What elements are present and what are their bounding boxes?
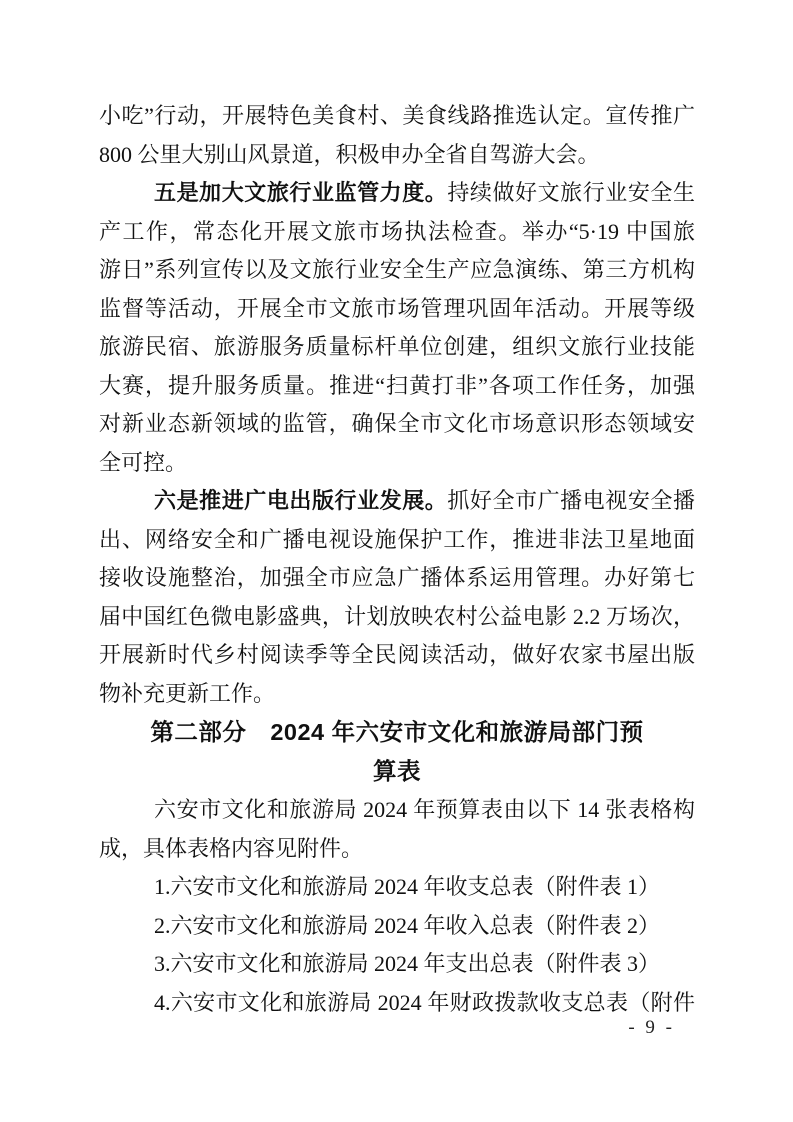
section-heading-line2: 算表 <box>99 752 695 791</box>
body-line: 小吃”行动，开展特色美食村、美食线路推选认定。宣传推广 <box>99 97 695 136</box>
body-line: 五是加大文旅行业监管力度。持续做好文旅行业安全生 <box>99 174 695 213</box>
body-line: 大赛，提升服务质量。推进“扫黄打非”各项工作任务，加强 <box>99 367 695 406</box>
table-list-item: 4.六安市文化和旅游局 2024 年财政拨款收支总表（附件 <box>99 984 695 1023</box>
section-heading-line1: 第二部分 2024 年六安市文化和旅游局部门预 <box>99 713 695 752</box>
table-list-item: 1.六安市文化和旅游局 2024 年收支总表（附件表 1） <box>99 868 695 907</box>
intro-line: 六安市文化和旅游局 2024 年预算表由以下 14 张表格构 <box>99 791 695 830</box>
body-line: 800 公里大别山风景道，积极申办全省自驾游大会。 <box>99 136 695 175</box>
body-line: 监督等活动，开展全市文旅市场管理巩固年活动。开展等级 <box>99 290 695 329</box>
list-item-text: 2.六安市文化和旅游局 2024 年收入总表（附件表 2） <box>154 913 660 938</box>
body-line: 届中国红色微电影盛典，计划放映农村公益电影 2.2 万场次， <box>99 598 695 637</box>
intro-line: 成，具体表格内容见附件。 <box>99 830 695 869</box>
body-line: 全可控。 <box>99 444 695 483</box>
body-text: 接收设施整治，加强全市应急广播体系运用管理。办好第七 <box>99 565 695 590</box>
body-line: 六是推进广电出版行业发展。抓好全市广播电视安全播 <box>99 482 695 521</box>
table-list-item: 3.六安市文化和旅游局 2024 年支出总表（附件表 3） <box>99 945 695 984</box>
body-line: 物补充更新工作。 <box>99 675 695 714</box>
body-line: 产工作，常态化开展文旅市场执法检查。举办“5·19 中国旅 <box>99 213 695 252</box>
document-page: 小吃”行动，开展特色美食村、美食线路推选认定。宣传推广 800 公里大别山风景道… <box>0 0 793 1122</box>
table-list-item: 2.六安市文化和旅游局 2024 年收入总表（附件表 2） <box>99 907 695 946</box>
body-text: 六安市文化和旅游局 2024 年预算表由以下 14 张表格构 <box>154 797 695 822</box>
body-line: 旅游民宿、旅游服务质量标杆单位创建，组织文旅行业技能 <box>99 328 695 367</box>
paragraph-lead-bold: 六是推进广电出版行业发展。 <box>154 488 447 513</box>
body-text: 出、网络安全和广播电视设施保护工作，推进非法卫星地面 <box>99 527 695 552</box>
body-text: 持续做好文旅行业安全生 <box>447 180 695 205</box>
body-text: 对新业态新领域的监管，确保全市文化市场意识形态领域安 <box>99 411 695 436</box>
list-item-text: 4.六安市文化和旅游局 2024 年财政拨款收支总表（附件 <box>154 990 695 1015</box>
body-text: 游日”系列宣传以及文旅行业安全生产应急演练、第三方机构 <box>99 257 695 282</box>
body-text: 大赛，提升服务质量。推进“扫黄打非”各项工作任务，加强 <box>99 373 695 398</box>
body-text: 物补充更新工作。 <box>99 681 275 706</box>
body-text: 开展新时代乡村阅读季等全民阅读活动，做好农家书屋出版 <box>99 642 695 667</box>
body-line: 出、网络安全和广播电视设施保护工作，推进非法卫星地面 <box>99 521 695 560</box>
body-text: 小吃”行动，开展特色美食村、美食线路推选认定。宣传推广 <box>99 103 695 128</box>
body-text: 监督等活动，开展全市文旅市场管理巩固年活动。开展等级 <box>99 296 695 321</box>
body-text: 全可控。 <box>99 450 187 475</box>
body-line: 开展新时代乡村阅读季等全民阅读活动，做好农家书屋出版 <box>99 636 695 675</box>
body-text: 800 公里大别山风景道，积极申办全省自驾游大会。 <box>99 142 600 167</box>
page-number: - 9 - <box>628 1017 675 1039</box>
body-text: 届中国红色微电影盛典，计划放映农村公益电影 2.2 万场次， <box>99 604 695 629</box>
body-text: 旅游民宿、旅游服务质量标杆单位创建，组织文旅行业技能 <box>99 334 695 359</box>
page-content: 小吃”行动，开展特色美食村、美食线路推选认定。宣传推广 800 公里大别山风景道… <box>99 97 695 1022</box>
paragraph-lead-bold: 五是加大文旅行业监管力度。 <box>154 180 447 205</box>
body-text: 抓好全市广播电视安全播 <box>447 488 695 513</box>
body-text: 产工作，常态化开展文旅市场执法检查。举办“5·19 中国旅 <box>99 219 695 244</box>
body-line: 对新业态新领域的监管，确保全市文化市场意识形态领域安 <box>99 405 695 444</box>
list-item-text: 3.六安市文化和旅游局 2024 年支出总表（附件表 3） <box>154 951 660 976</box>
body-line: 游日”系列宣传以及文旅行业安全生产应急演练、第三方机构 <box>99 251 695 290</box>
body-line: 接收设施整治，加强全市应急广播体系运用管理。办好第七 <box>99 559 695 598</box>
list-item-text: 1.六安市文化和旅游局 2024 年收支总表（附件表 1） <box>154 874 660 899</box>
body-text: 成，具体表格内容见附件。 <box>99 836 363 861</box>
